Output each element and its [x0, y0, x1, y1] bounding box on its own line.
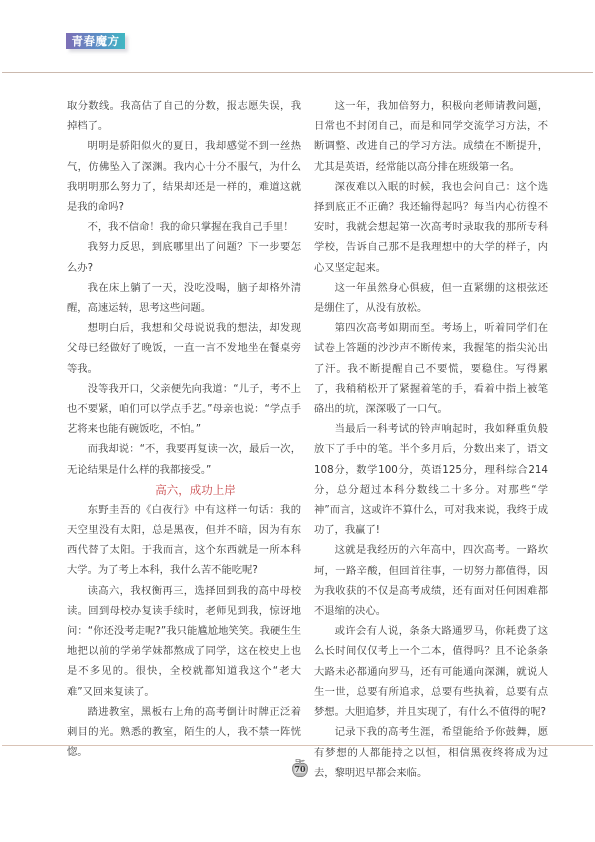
page-number: 70: [291, 765, 309, 774]
paragraph: 我努力反思，到底哪里出了问题？下一步要怎么办?: [67, 237, 301, 277]
left-column: 取分数线。我高估了自己的分数，报志愿失误，我掉档了。 明明是骄阳似火的夏日，我却…: [67, 96, 301, 763]
column-label: 青春魔方: [66, 33, 125, 49]
paragraph: 当最后一科考试的铃声响起时，我如释重负般放下了手中的笔。半个多月后，分数出来了，…: [314, 419, 548, 540]
section-heading: 高六，成功上岸: [67, 480, 301, 500]
header-divider: [2, 72, 593, 73]
paragraph: 记录下我的高考生涯，希望能给予你鼓舞，愿有梦想的人都能持之以恒，相信黑夜终将成为…: [314, 722, 548, 783]
paragraph: 我在床上躺了一天，没吃没喝，脑子却格外清醒，高速运转，思考这些问题。: [67, 278, 301, 318]
paragraph: 读高六，我权衡再三，选择回到我的高中母校读。回到母校办复读手续时，老师见到我，惊…: [67, 581, 301, 702]
paragraph: 想明白后，我想和父母说说我的想法，却发现父母已经做好了晚饭，一直一言不发地坐在餐…: [67, 318, 301, 379]
paragraph: 深夜难以入眠的时候，我也会问自己：这个选择到底正不正确？我还输得起吗？每当内心彷…: [314, 177, 548, 278]
paragraph: 而我却说：“不，我要再复读一次，最后一次，无论结果是什么样的我都接受。”: [67, 439, 301, 479]
footer-divider: [2, 745, 593, 746]
paragraph: 第四次高考如期而至。考场上，听着同学们在试卷上答题的沙沙声不断传来，我握笔的指尖…: [314, 318, 548, 419]
paragraph: 不，我不信命！我的命只掌握在我自己手里！: [67, 217, 301, 237]
right-column: 这一年，我加倍努力，积极向老师请教问题，日常也不封闭自己，而是和同学交流学习方法…: [314, 96, 548, 783]
paragraph: 这一年虽然身心俱疲，但一直紧绷的这根弦还是绷住了，从没有放松。: [314, 278, 548, 318]
paragraph: 取分数线。我高估了自己的分数，报志愿失误，我掉档了。: [67, 96, 301, 136]
paragraph: 没等我开口，父亲便先向我道：“儿子，考不上也不要紧，咱们可以学点手艺。”母亲也说…: [67, 379, 301, 440]
paragraph: 这一年，我加倍努力，积极向老师请教问题，日常也不封闭自己，而是和同学交流学习方法…: [314, 96, 548, 177]
paragraph: 这就是我经历的六年高中，四次高考。一路坎坷，一路辛酸，但回首往事，一切努力都值得…: [314, 540, 548, 621]
paragraph: 或许会有人说，条条大路通罗马，你耗费了这么长时间仅仅考上一个二本，值得吗？且不论…: [314, 621, 548, 722]
paragraph: 东野圭吾的《白夜行》中有这样一句话：我的天空里没有太阳，总是黑夜，但并不暗，因为…: [67, 500, 301, 581]
paragraph: 明明是骄阳似火的夏日，我却感觉不到一丝热气，仿佛坠入了深渊。我内心十分不服气，为…: [67, 136, 301, 217]
paragraph: 踏进教室，黑板右上角的高考倒计时牌正泛着刺目的光。熟悉的教室，陌生的人，我不禁一…: [67, 702, 301, 763]
page-number-badge: 70: [291, 758, 309, 778]
